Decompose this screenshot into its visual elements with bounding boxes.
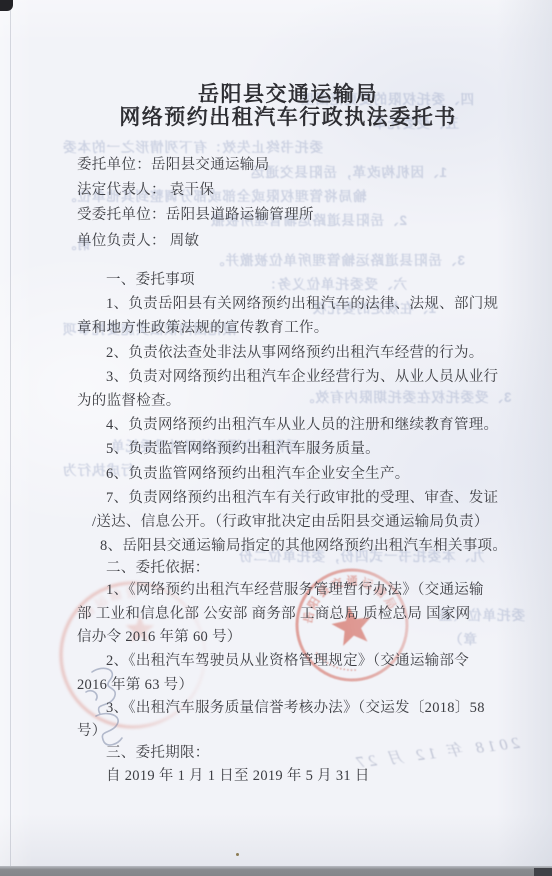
text-line: 号） <box>77 723 107 740</box>
text-line: 1、负责岳阳县有关网络预约出租汽车的法律、法规、部门规 <box>106 296 498 313</box>
bleedthrough-text: 3、岳阳县道路运输管理所单位被撤并。 <box>210 249 465 269</box>
document-title-line2: 网络预约出租汽车行政执法委托书 <box>0 101 552 131</box>
bleedthrough-text: 六、受委托单位义务： <box>262 273 407 293</box>
text-line: 二、委托依据： <box>106 560 210 577</box>
text-line: /送达、信息公开。（行政审批决定由岳阳县交通运输局负责） <box>92 514 489 531</box>
text-line: 1、《网络预约出租汽车经营服务管理暂行办法》（交通运输 <box>106 582 484 599</box>
scanner-edge-artifact <box>534 868 552 876</box>
bleedthrough-text: 章） <box>448 628 477 648</box>
bleedthrough-handwriting-date: 2018 年 12 月 27 <box>351 730 521 773</box>
text-line: 2、负责依法查处非法从事网络预约出租汽车经营的行为。 <box>106 345 484 362</box>
text-line: 4、负责网络预约出租汽车从业人员的注册和继续教育管理。 <box>106 417 498 434</box>
text-line: 一、委托事项 <box>106 272 195 289</box>
text-line: 6、负责监管网络预约出租汽车企业安全生产。 <box>106 466 410 483</box>
bleedthrough-text: 3、受委托权在委托期限内有效。 <box>300 386 512 406</box>
text-line: 章和地方性政策法规的宣传教育工作。 <box>77 320 329 337</box>
text-line: 信办令 2016 年第 60 号） <box>77 629 242 646</box>
text-line: 委托单位：岳阳县交通运输局 <box>77 157 269 174</box>
text-line: 2016 年第 63 号） <box>77 677 193 694</box>
text-line: 三、委托期限： <box>106 745 210 762</box>
bleedthrough-text: 委托书终止失效：有下列情形之一的本委 <box>62 136 323 156</box>
paper-crease <box>10 0 11 866</box>
text-line: 为的监督检查。 <box>77 393 181 410</box>
scan-corner-artifact <box>0 0 13 11</box>
text-line: 法定代表人： 袁干保 <box>77 182 214 199</box>
text-line: 7、负责网络预约出租汽车有关行政审批的受理、审查、发证 <box>106 490 498 507</box>
text-line: 8、岳阳县交通运输局指定的其他网络预约出租汽车相关事项。 <box>100 538 507 555</box>
official-seal: 岳阳县交通运输局 • • • • • • • • • • • • • <box>282 555 422 695</box>
text-line: 部 工业和信息化部 公安部 商务部 工商总局 质检总局 国家网 <box>77 606 471 623</box>
text-line: 3、负责对网络预约出租汽车企业经营行为、从业人员从业行 <box>106 369 498 386</box>
document-page: 四、委托权限的变更范围里五、受委托单委托书终止失效：有下列情形之一的本委1、因机… <box>0 0 552 866</box>
text-line: 受委托单位：岳阳县道路运输管理所 <box>77 207 314 224</box>
text-line: 自 2019 年 1 月 1 日至 2019 年 5 月 31 日 <box>106 768 370 785</box>
text-line: 3、《出租汽车服务质量信誉考核办法》（交运发〔2018〕58 <box>106 700 485 717</box>
text-line: 2、《出租汽车驾驶员从业资格管理规定》（交通运输部令 <box>106 653 469 670</box>
bleedthrough-text: 1、因机构改革，岳阳县交通运 <box>250 161 447 181</box>
text-line: 单位负责人： 周敏 <box>77 233 199 250</box>
paper-speck <box>236 853 239 856</box>
scanner-edge <box>0 866 552 876</box>
text-line: 5、负责监管网络预约出租汽车服务质量。 <box>106 441 380 458</box>
scan-background: 四、委托权限的变更范围里五、受委托单委托书终止失效：有下列情形之一的本委1、因机… <box>0 0 552 876</box>
